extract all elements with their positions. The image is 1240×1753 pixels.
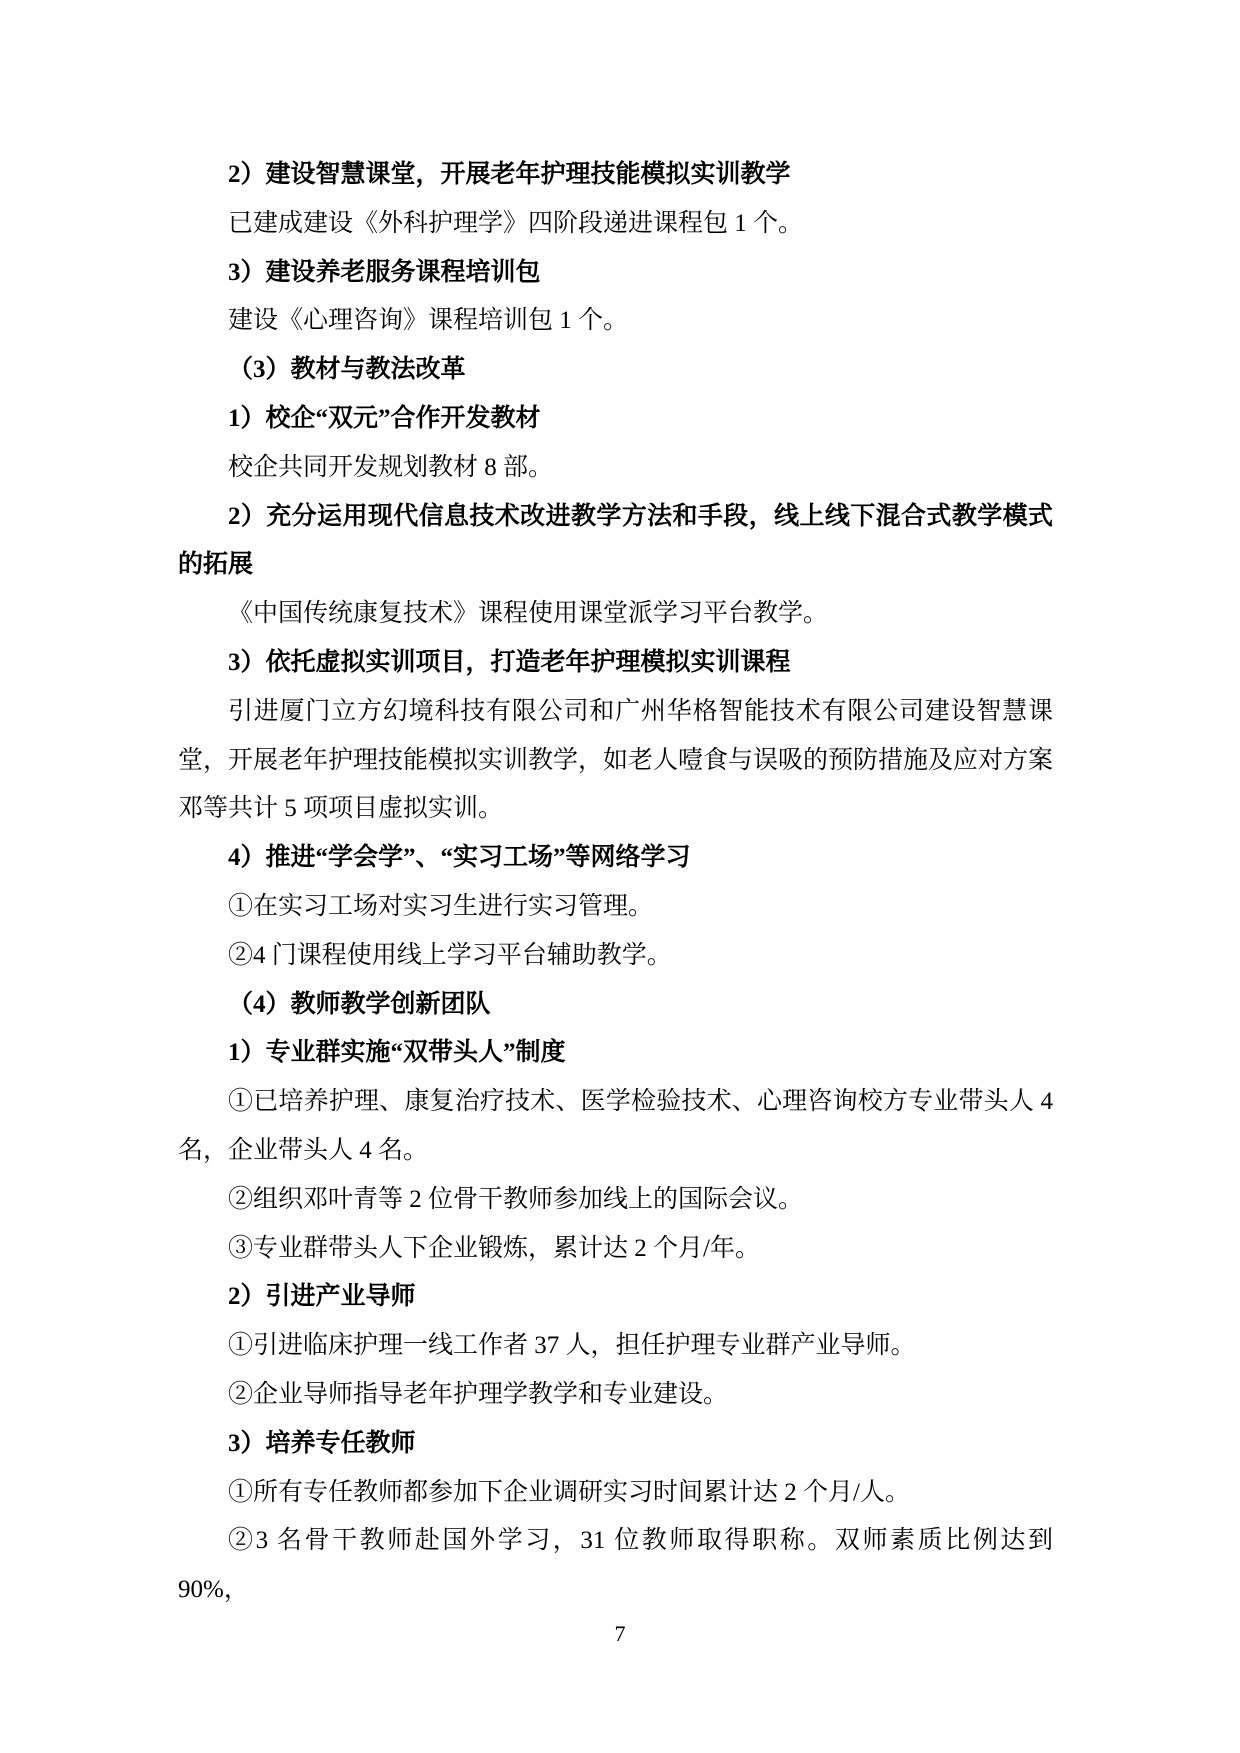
heading-paragraph: 3）依托虚拟实训项目，打造老年护理模拟实训课程: [178, 639, 1053, 688]
page-number: 7: [0, 1621, 1240, 1647]
heading-paragraph: 2）充分运用现代信息技术改进教学方法和手段，线上线下混合式教学模式的拓展: [178, 493, 1053, 591]
heading-paragraph: （4）教师教学创新团队: [178, 981, 1053, 1030]
heading-paragraph: 1）专业群实施“双带头人”制度: [178, 1029, 1053, 1078]
document-body: 2）建设智慧课堂，开展老年护理技能模拟实训教学已建成建设《外科护理学》四阶段递进…: [178, 151, 1053, 1615]
body-paragraph: ②4 门课程使用线上学习平台辅助教学。: [178, 932, 1053, 981]
body-paragraph: 引进厦门立方幻境科技有限公司和广州华格智能技术有限公司建设智慧课堂，开展老年护理…: [178, 688, 1053, 834]
body-paragraph: ①已培养护理、康复治疗技术、医学检验技术、心理咨询校方专业带头人 4 名，企业带…: [178, 1078, 1053, 1176]
heading-paragraph: 3）培养专任教师: [178, 1420, 1053, 1469]
body-paragraph: ②企业导师指导老年护理学教学和专业建设。: [178, 1371, 1053, 1420]
body-paragraph: 校企共同开发规划教材 8 部。: [178, 444, 1053, 493]
heading-paragraph: 4）推进“学会学”、“实习工场”等网络学习: [178, 834, 1053, 883]
body-paragraph: ③专业群带头人下企业锻炼，累计达 2 个月/年。: [178, 1225, 1053, 1274]
body-paragraph: 建设《心理咨询》课程培训包 1 个。: [178, 297, 1053, 346]
heading-paragraph: 3）建设养老服务课程培训包: [178, 249, 1053, 298]
body-paragraph: 已建成建设《外科护理学》四阶段递进课程包 1 个。: [178, 200, 1053, 249]
document-page: 2）建设智慧课堂，开展老年护理技能模拟实训教学已建成建设《外科护理学》四阶段递进…: [0, 0, 1240, 1753]
heading-paragraph: 2）引进产业导师: [178, 1273, 1053, 1322]
body-paragraph: ①在实习工场对实习生进行实习管理。: [178, 883, 1053, 932]
body-paragraph: ①所有专任教师都参加下企业调研实习时间累计达 2 个月/人。: [178, 1469, 1053, 1518]
heading-paragraph: 2）建设智慧课堂，开展老年护理技能模拟实训教学: [178, 151, 1053, 200]
heading-paragraph: （3）教材与教法改革: [178, 346, 1053, 395]
body-paragraph: ②3 名骨干教师赴国外学习，31 位教师取得职称。双师素质比例达到 90%，: [178, 1517, 1053, 1615]
body-paragraph: 《中国传统康复技术》课程使用课堂派学习平台教学。: [178, 590, 1053, 639]
body-paragraph: ①引进临床护理一线工作者 37 人，担任护理专业群产业导师。: [178, 1322, 1053, 1371]
heading-paragraph: 1）校企“双元”合作开发教材: [178, 395, 1053, 444]
body-paragraph: ②组织邓叶青等 2 位骨干教师参加线上的国际会议。: [178, 1176, 1053, 1225]
